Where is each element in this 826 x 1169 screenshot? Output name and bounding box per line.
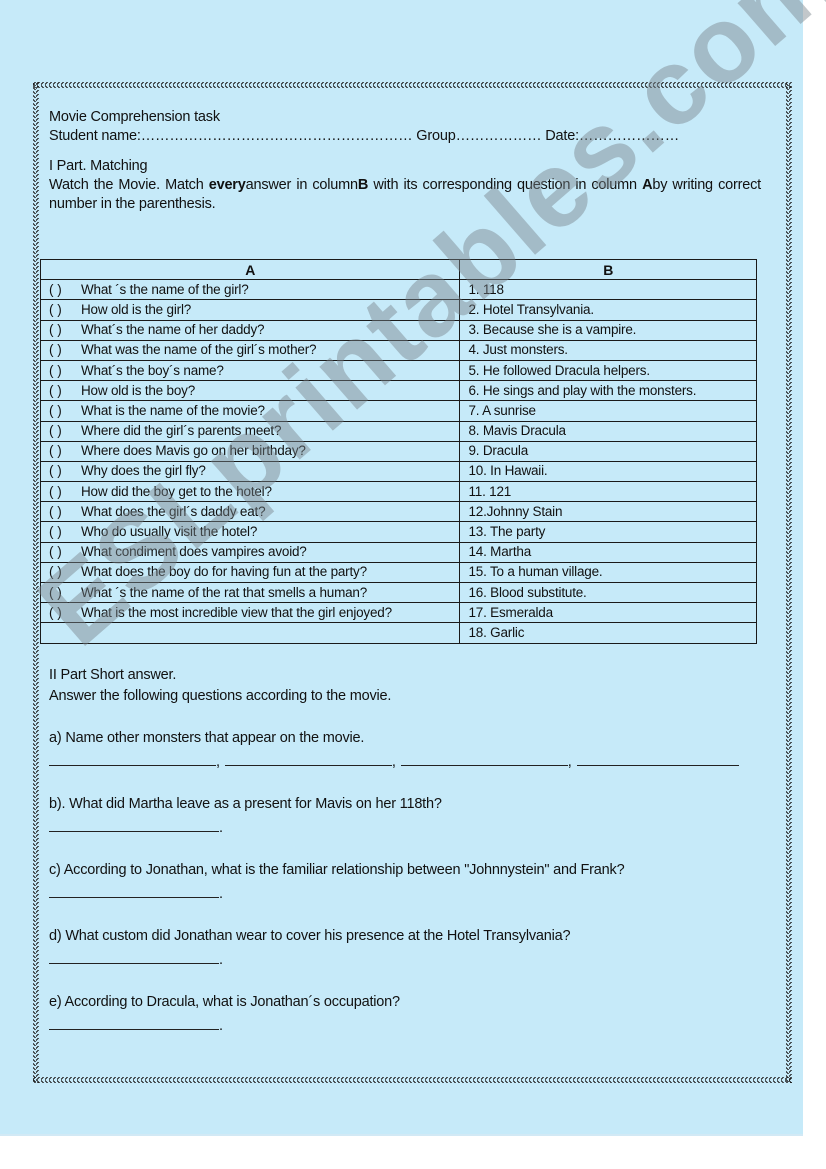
instruction-emphasis: A (642, 177, 652, 193)
border-right (786, 82, 792, 1083)
answer-cell: 15. To a human village. (460, 562, 757, 582)
answer-cell: 10. In Hawaii. (460, 461, 757, 481)
student-info-line: Student name:………………………………………………… Group……… (49, 127, 761, 146)
part2-instructions: Answer the following questions according… (49, 686, 761, 707)
border-top (33, 82, 792, 88)
worksheet-page: Movie Comprehension task Student name:……… (0, 0, 803, 1136)
answer-cell: 6. He sings and play with the monsters. (460, 381, 757, 401)
answer-parenthesis[interactable]: ( ) (49, 442, 81, 460)
part1-title: I Part. Matching (49, 157, 761, 176)
question-text: What ´s the name of the rat that smells … (81, 585, 367, 600)
column-b-header: B (460, 260, 757, 280)
separator-comma: , (568, 754, 572, 770)
question-cell: ( )Where does Mavis go on her birthday? (41, 441, 460, 461)
table-row: ( )What does the girl´s daddy eat?12.Joh… (41, 502, 757, 522)
answer-blank-row: ,,, (49, 751, 761, 773)
answer-blank[interactable] (577, 751, 739, 766)
question-cell: ( )What is the most incredible view that… (41, 603, 460, 623)
short-answer-question: c) According to Jonathan, what is the fa… (49, 860, 761, 881)
part2-short-answer: II Part Short answer. Answer the followi… (49, 665, 761, 1036)
answer-cell: 2. Hotel Transylvania. (460, 300, 757, 320)
short-answer-question: d) What custom did Jonathan wear to cove… (49, 926, 761, 947)
question-text: How old is the girl? (81, 302, 191, 317)
matching-table-body: ( )What ´s the name of the girl?1. 118( … (41, 280, 757, 643)
question-cell: ( )What is the name of the movie? (41, 401, 460, 421)
border-left (33, 82, 39, 1083)
answer-parenthesis[interactable]: ( ) (49, 341, 81, 359)
answer-cell: 14. Martha (460, 542, 757, 562)
question-cell (41, 623, 460, 643)
answer-parenthesis[interactable]: ( ) (49, 503, 81, 521)
date-field[interactable]: ………………… (579, 128, 679, 144)
answer-blank[interactable] (49, 751, 216, 766)
answer-blank-row: . (49, 817, 761, 839)
question-cell: ( )How old is the girl? (41, 300, 460, 320)
question-text: What ´s the name of the girl? (81, 282, 249, 297)
question-text: How old is the boy? (81, 383, 195, 398)
answer-blank[interactable] (49, 1015, 219, 1030)
question-text: What is the most incredible view that th… (81, 605, 392, 620)
short-answer-questions: a) Name other monsters that appear on th… (49, 728, 761, 1036)
answer-blank[interactable] (49, 883, 219, 898)
answer-parenthesis[interactable]: ( ) (49, 382, 81, 400)
answer-parenthesis[interactable]: ( ) (49, 584, 81, 602)
worksheet-header: Movie Comprehension task Student name:……… (49, 108, 761, 214)
terminal-period: . (219, 1018, 223, 1034)
worksheet-title: Movie Comprehension task (49, 108, 761, 127)
question-text: What is the name of the movie? (81, 403, 265, 418)
answer-parenthesis[interactable]: ( ) (49, 563, 81, 581)
answer-parenthesis[interactable]: ( ) (49, 543, 81, 561)
answer-cell: 3. Because she is a vampire. (460, 320, 757, 340)
answer-cell: 12.Johnny Stain (460, 502, 757, 522)
answer-blank[interactable] (401, 751, 568, 766)
student-name-label: Student name: (49, 128, 141, 144)
question-text: What´s the boy´s name? (81, 363, 224, 378)
table-row: ( )What does the boy do for having fun a… (41, 562, 757, 582)
question-text: Who do usually visit the hotel? (81, 524, 257, 539)
table-row: ( )Why does the girl fly?10. In Hawaii. (41, 461, 757, 481)
question-text: How did the boy get to the hotel? (81, 484, 272, 499)
answer-parenthesis[interactable]: ( ) (49, 462, 81, 480)
answer-cell: 5. He followed Dracula helpers. (460, 360, 757, 380)
question-cell: ( )What does the girl´s daddy eat? (41, 502, 460, 522)
answer-parenthesis[interactable]: ( ) (49, 523, 81, 541)
question-text: What does the boy do for having fun at t… (81, 564, 367, 579)
answer-blank-row: . (49, 949, 761, 971)
table-row: ( )How old is the girl?2. Hotel Transylv… (41, 300, 757, 320)
question-cell: ( )Why does the girl fly? (41, 461, 460, 481)
table-row: ( )Where does Mavis go on her birthday?9… (41, 441, 757, 461)
answer-blank[interactable] (49, 817, 219, 832)
group-label: Group (416, 128, 455, 144)
question-cell: ( )What´s the name of her daddy? (41, 320, 460, 340)
answer-parenthesis[interactable]: ( ) (49, 402, 81, 420)
answer-parenthesis[interactable]: ( ) (49, 604, 81, 622)
answer-cell: 18. Garlic (460, 623, 757, 643)
answer-parenthesis[interactable]: ( ) (49, 301, 81, 319)
question-cell: ( )What was the name of the girl´s mothe… (41, 340, 460, 360)
table-row: 18. Garlic (41, 623, 757, 643)
instruction-text: answer in column (246, 177, 358, 193)
part1-instructions: Watch the Movie. Match everyanswer in co… (49, 176, 761, 214)
table-row: ( )What´s the boy´s name?5. He followed … (41, 360, 757, 380)
answer-blank[interactable] (49, 949, 219, 964)
answer-parenthesis[interactable]: ( ) (49, 422, 81, 440)
table-row: ( )How did the boy get to the hotel?11. … (41, 482, 757, 502)
table-row: ( )Who do usually visit the hotel?13. Th… (41, 522, 757, 542)
table-row: ( )What ´s the name of the girl?1. 118 (41, 280, 757, 300)
answer-blank-row: . (49, 883, 761, 905)
short-answer-question: a) Name other monsters that appear on th… (49, 728, 761, 749)
table-row: ( )What is the most incredible view that… (41, 603, 757, 623)
table-row: ( )What ´s the name of the rat that smel… (41, 583, 757, 603)
answer-blank[interactable] (225, 751, 392, 766)
matching-table: A B ( )What ´s the name of the girl?1. 1… (40, 259, 757, 644)
question-text: What´s the name of her daddy? (81, 322, 264, 337)
separator-comma: , (392, 754, 396, 770)
answer-cell: 11. 121 (460, 482, 757, 502)
question-text: Where does Mavis go on her birthday? (81, 443, 306, 458)
question-cell: ( )How old is the boy? (41, 381, 460, 401)
question-text: Why does the girl fly? (81, 463, 206, 478)
instruction-text: with its corresponding question in colum… (368, 177, 642, 193)
table-row: ( )How old is the boy?6. He sings and pl… (41, 381, 757, 401)
answer-parenthesis[interactable]: ( ) (49, 281, 81, 299)
table-row: ( )Where did the girl´s parents meet?8. … (41, 421, 757, 441)
answer-parenthesis[interactable]: ( ) (49, 321, 81, 339)
question-text: Where did the girl´s parents meet? (81, 423, 281, 438)
group-field[interactable]: ……………… (456, 128, 542, 144)
table-row: ( )What was the name of the girl´s mothe… (41, 340, 757, 360)
question-text: What condiment does vampires avoid? (81, 544, 307, 559)
table-row: ( )What condiment does vampires avoid?14… (41, 542, 757, 562)
question-cell: ( )What ´s the name of the girl? (41, 280, 460, 300)
answer-blank-row: . (49, 1015, 761, 1037)
question-cell: ( )Where did the girl´s parents meet? (41, 421, 460, 441)
short-answer-question: b). What did Martha leave as a present f… (49, 794, 761, 815)
answer-cell: 13. The party (460, 522, 757, 542)
table-row: ( )What´s the name of her daddy?3. Becau… (41, 320, 757, 340)
answer-cell: 4. Just monsters. (460, 340, 757, 360)
question-cell: ( )What does the boy do for having fun a… (41, 562, 460, 582)
date-label: Date: (545, 128, 579, 144)
question-cell: ( )What´s the boy´s name? (41, 360, 460, 380)
answer-parenthesis[interactable]: ( ) (49, 362, 81, 380)
answer-parenthesis[interactable]: ( ) (49, 483, 81, 501)
question-text: What was the name of the girl´s mother? (81, 342, 316, 357)
answer-cell: 17. Esmeralda (460, 603, 757, 623)
question-cell: ( )What condiment does vampires avoid? (41, 542, 460, 562)
question-text: What does the girl´s daddy eat? (81, 504, 265, 519)
answer-cell: 1. 118 (460, 280, 757, 300)
student-name-field[interactable]: ………………………………………………… (141, 128, 413, 144)
question-cell: ( )What ´s the name of the rat that smel… (41, 583, 460, 603)
border-bottom (33, 1077, 792, 1083)
question-cell: ( )How did the boy get to the hotel? (41, 482, 460, 502)
answer-cell: 16. Blood substitute. (460, 583, 757, 603)
terminal-period: . (219, 886, 223, 902)
instruction-text: Watch the Movie. Match (49, 177, 209, 193)
instruction-emphasis: B (358, 177, 368, 193)
terminal-period: . (219, 952, 223, 968)
table-header-row: A B (41, 260, 757, 280)
separator-comma: , (216, 754, 220, 770)
answer-cell: 9. Dracula (460, 441, 757, 461)
answer-cell: 8. Mavis Dracula (460, 421, 757, 441)
question-cell: ( )Who do usually visit the hotel? (41, 522, 460, 542)
instruction-emphasis: every (209, 177, 246, 193)
part2-title: II Part Short answer. (49, 665, 761, 686)
terminal-period: . (219, 820, 223, 836)
short-answer-question: e) According to Dracula, what is Jonatha… (49, 992, 761, 1013)
column-a-header: A (41, 260, 460, 280)
table-row: ( )What is the name of the movie?7. A su… (41, 401, 757, 421)
answer-cell: 7. A sunrise (460, 401, 757, 421)
